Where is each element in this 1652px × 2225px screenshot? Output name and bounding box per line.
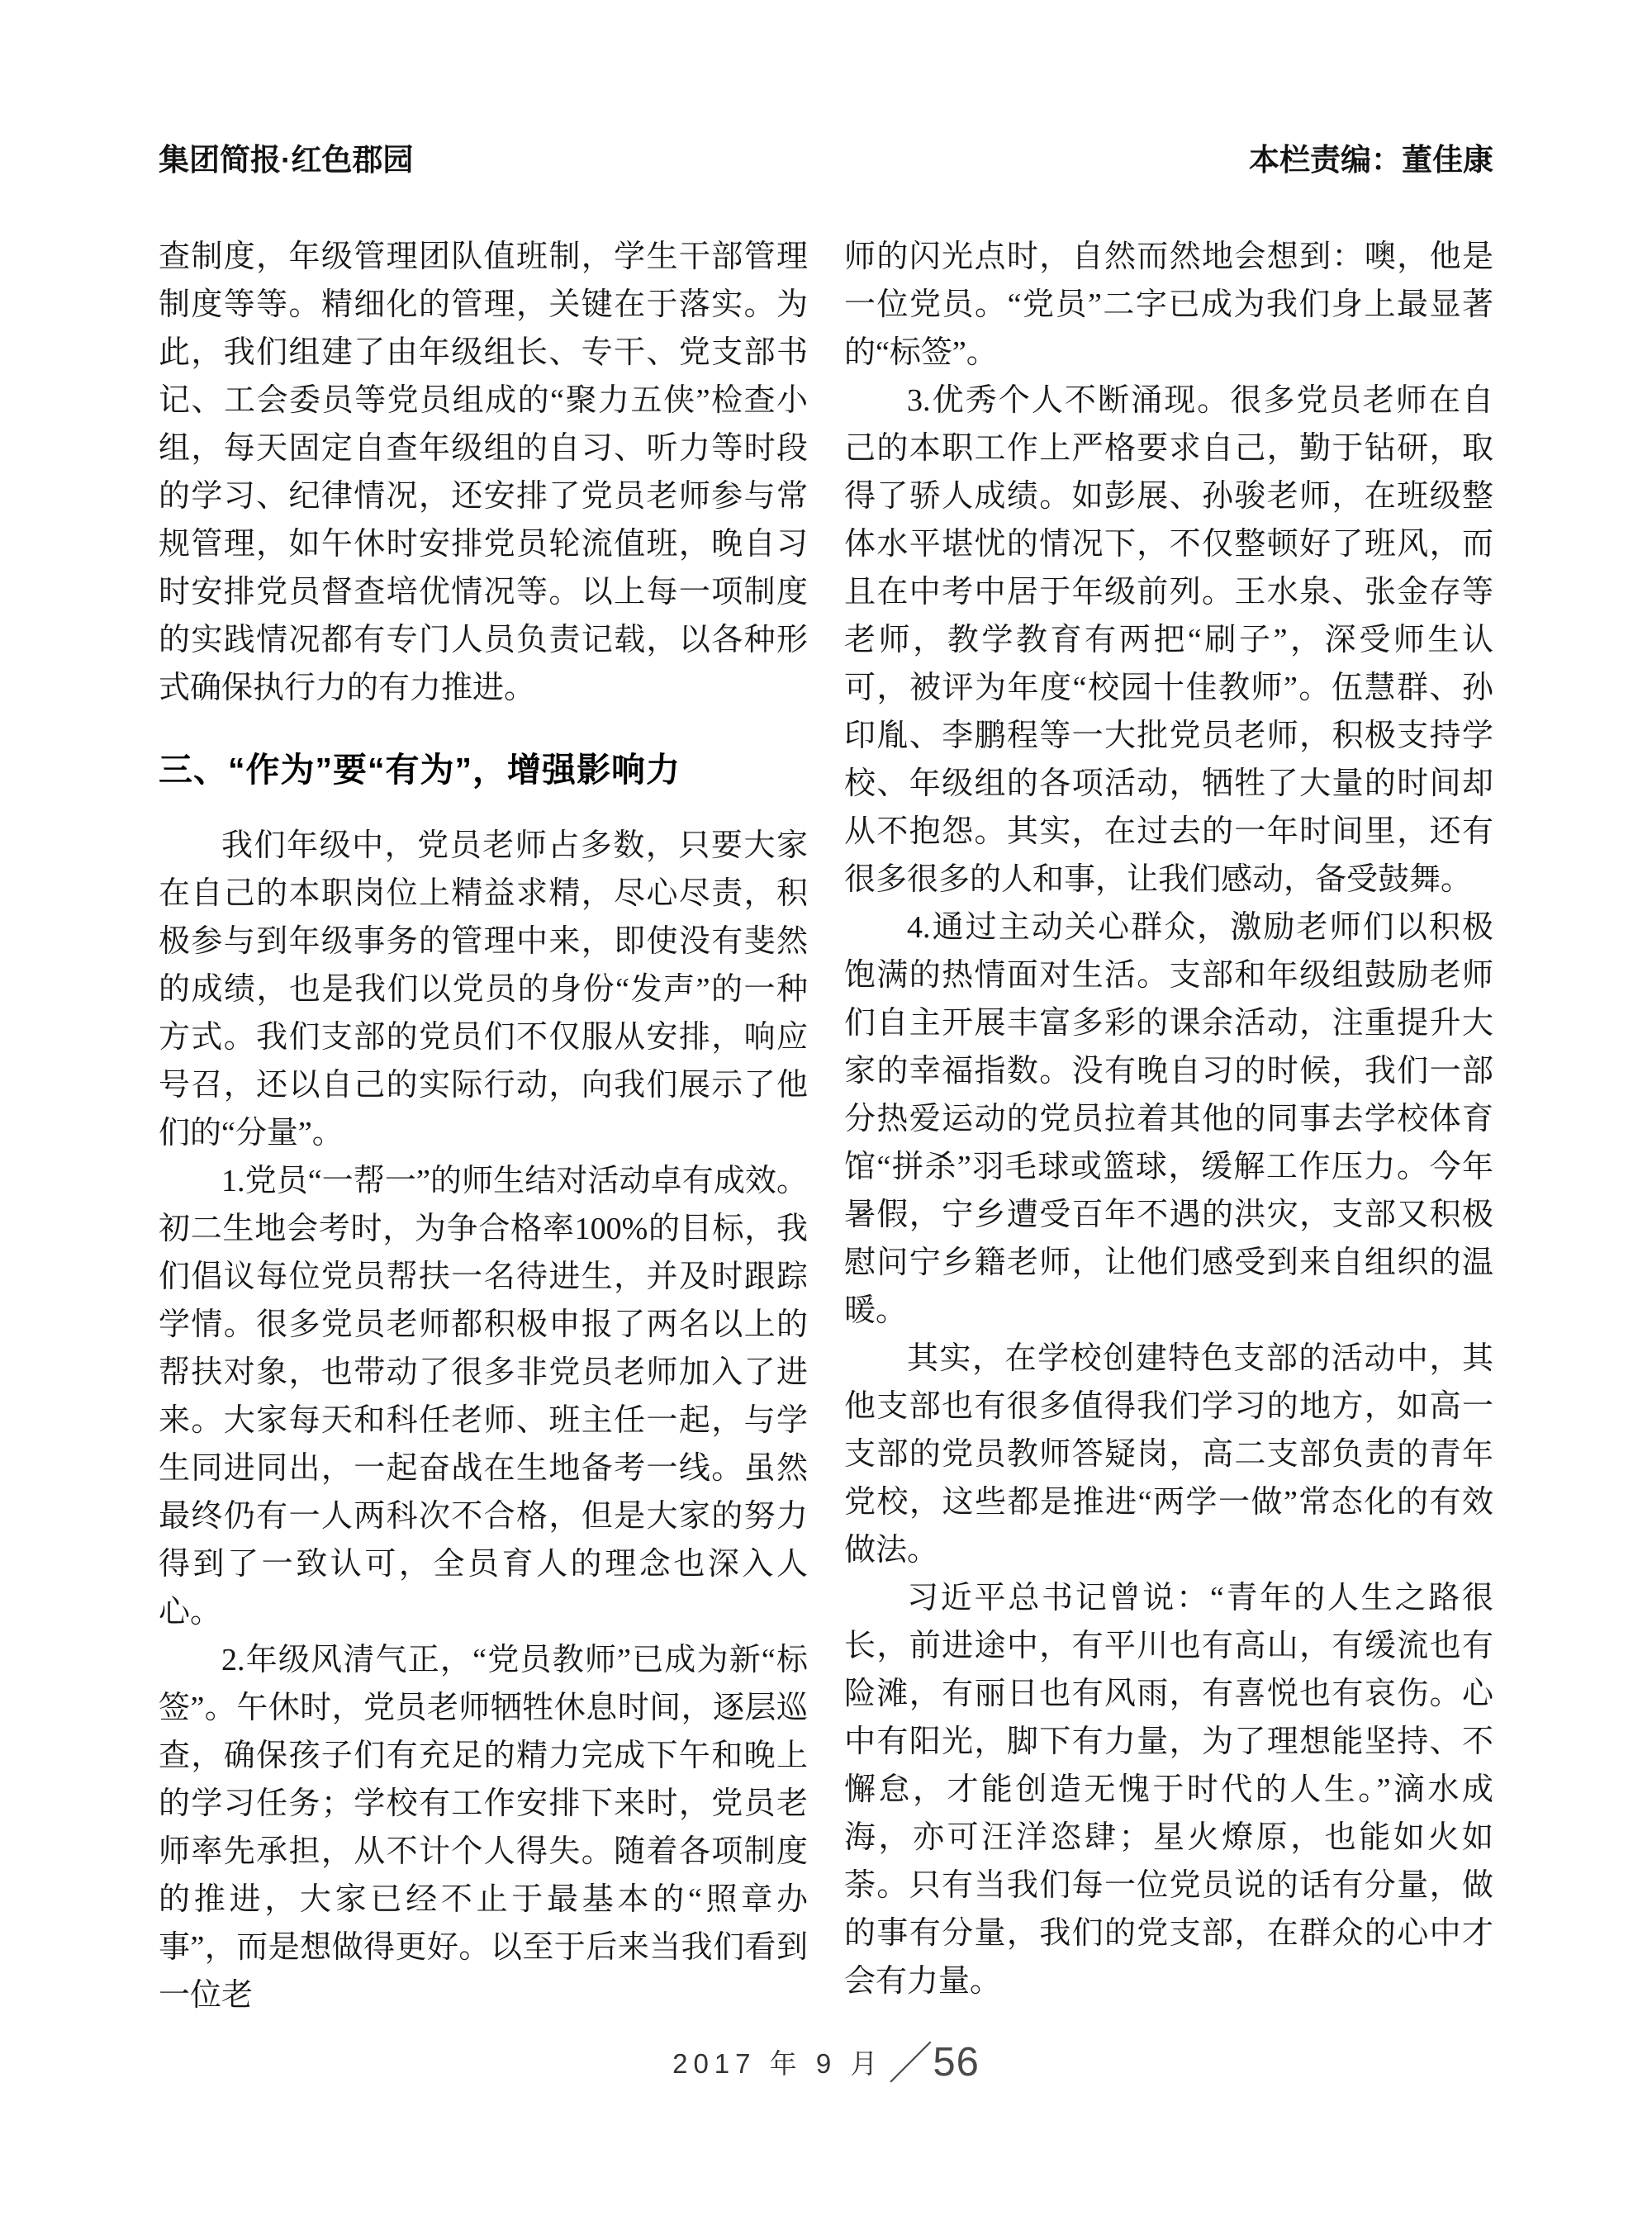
paragraph-intro-continuation: 查制度，年级管理团队值班制，学生干部管理制度等等。精细化的管理，关键在于落实。为…: [159, 233, 808, 712]
paragraph: 习近平总书记曾说：“青年的人生之路很长，前进途中，有平川也有高山，有缓流也有险滩…: [844, 1574, 1493, 2005]
page-footer: 2017 年 9 月 ／ 56: [0, 2030, 1652, 2094]
right-column: 师的闪光点时，自然而然地会想到：噢，他是一位党员。“党员”二字已成为我们身上最显…: [844, 233, 1493, 2019]
editor-credit: 本栏责编：董佳康: [1249, 135, 1493, 179]
paragraph: 3.优秀个人不断涌现。很多党员老师在自己的本职工作上严格要求自己，勤于钻研，取得…: [844, 377, 1493, 904]
paragraph: 4.通过主动关心群众，激励老师们以积极饱满的热情面对生活。支部和年级组鼓励老师们…: [844, 904, 1493, 1335]
paragraph: 我们年级中，党员老师占多数，只要大家在自己的本职岗位上精益求精，尽心尽责，积极参…: [159, 822, 808, 1157]
article-body: 查制度，年级管理团队值班制，学生干部管理制度等等。精细化的管理，关键在于落实。为…: [159, 233, 1493, 2019]
footer-slash: ／: [888, 2028, 933, 2092]
page-header: 集团简报·红色郡园 本栏责编：董佳康: [159, 135, 1493, 179]
paragraph-continuation: 师的闪光点时，自然而然地会想到：噢，他是一位党员。“党员”二字已成为我们身上最显…: [844, 233, 1493, 377]
paragraph: 2.年级风清气正，“党员教师”已成为新“标签”。午休时，党员老师牺牲休息时间，逐…: [159, 1636, 808, 2019]
page-number: 56: [933, 2039, 980, 2085]
footer-date: 2017 年 9 月: [672, 2042, 883, 2081]
magazine-page: 集团简报·红色郡园 本栏责编：董佳康 查制度，年级管理团队值班制，学生干部管理制…: [0, 0, 1652, 2225]
section-heading: 三、“作为”要“有为”，增强影响力: [159, 750, 808, 790]
paragraph: 其实，在学校创建特色支部的活动中，其他支部也有很多值得我们学习的地方，如高一支部…: [844, 1335, 1493, 1574]
section-title: 集团简报·红色郡园: [159, 135, 413, 179]
left-column: 查制度，年级管理团队值班制，学生干部管理制度等等。精细化的管理，关键在于落实。为…: [159, 233, 808, 2019]
paragraph: 1.党员“一帮一”的师生结对活动卓有成效。初二生地会考时，为争合格率100%的目…: [159, 1157, 808, 1636]
